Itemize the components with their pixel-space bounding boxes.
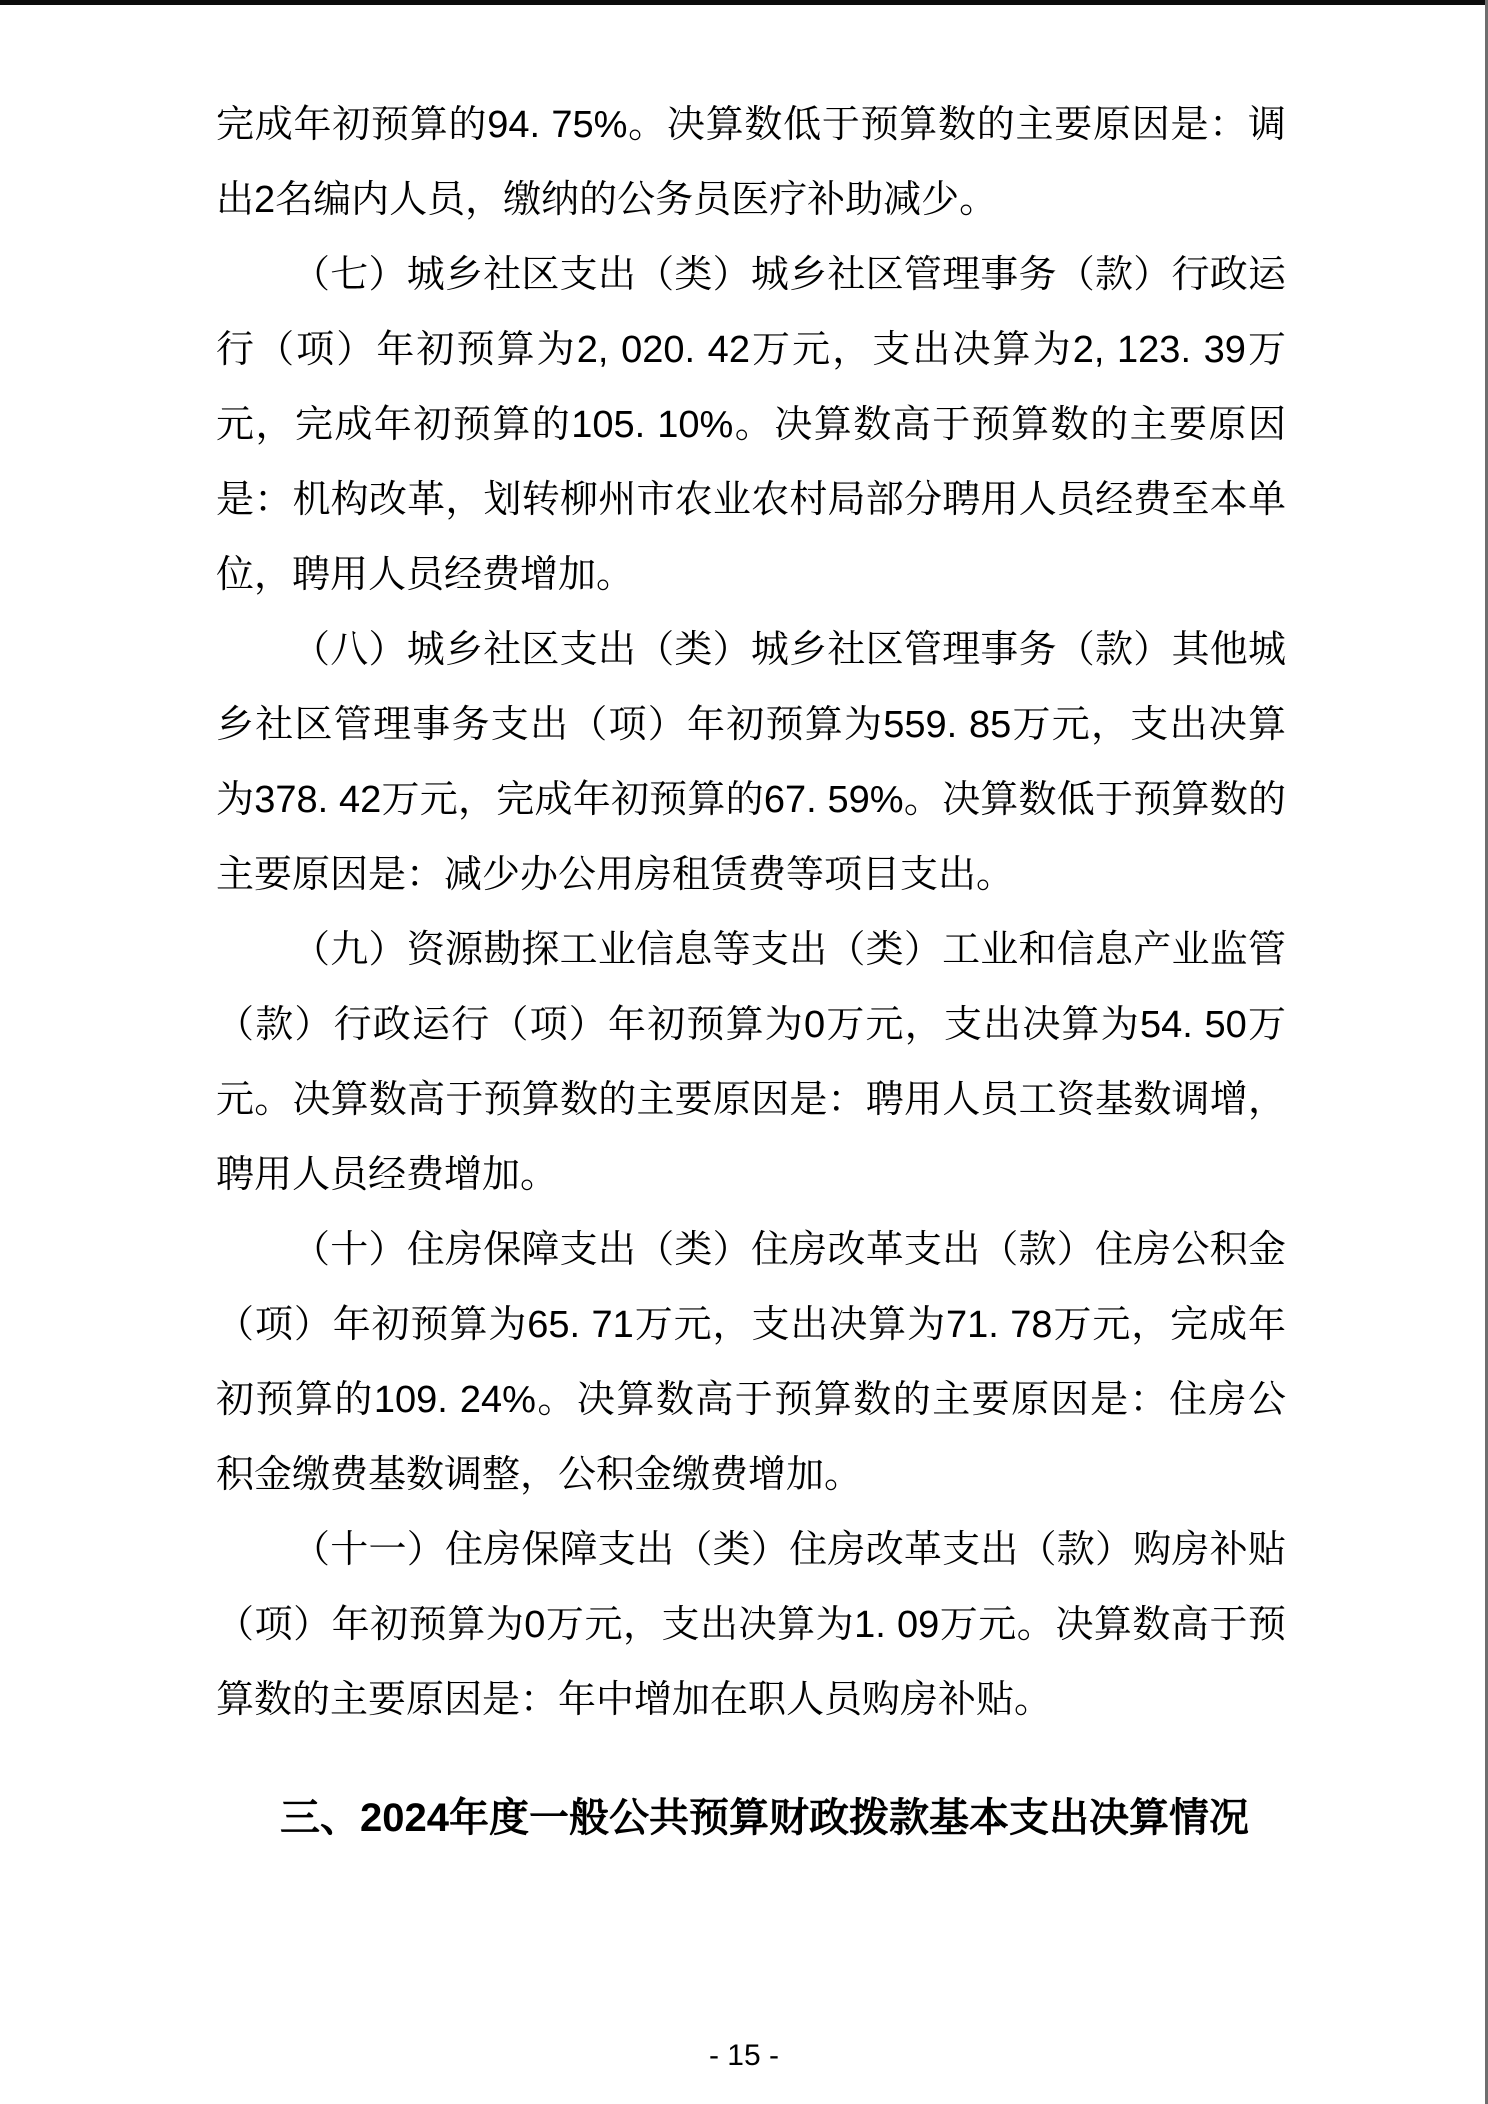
paragraph: （七）城乡社区支出（类）城乡社区管理事务（款）行政运行（项）年初预算为2, 02… <box>216 238 1286 613</box>
document-body: 完成年初预算的94. 75%。决算数低于预算数的主要原因是：调出2名编内人员，缴… <box>216 88 1286 1856</box>
paragraph: （十）住房保障支出（类）住房改革支出（款）住房公积金（项）年初预算为65. 71… <box>216 1213 1286 1513</box>
document-page: 完成年初预算的94. 75%。决算数低于预算数的主要原因是：调出2名编内人员，缴… <box>0 0 1488 2104</box>
section-heading: 三、2024年度一般公共预算财政拨款基本支出决算情况 <box>280 1781 1286 1856</box>
page-number: - 15 - <box>0 2038 1488 2074</box>
paragraph-list: 完成年初预算的94. 75%。决算数低于预算数的主要原因是：调出2名编内人员，缴… <box>216 88 1286 1738</box>
paragraph: （九）资源勘探工业信息等支出（类）工业和信息产业监管（款）行政运行（项）年初预算… <box>216 913 1286 1213</box>
paragraph: （十一）住房保障支出（类）住房改革支出（款）购房补贴（项）年初预算为0万元，支出… <box>216 1513 1286 1738</box>
paragraph: （八）城乡社区支出（类）城乡社区管理事务（款）其他城乡社区管理事务支出（项）年初… <box>216 613 1286 913</box>
paragraph: 完成年初预算的94. 75%。决算数低于预算数的主要原因是：调出2名编内人员，缴… <box>216 88 1286 238</box>
top-border-bar <box>0 0 1488 5</box>
